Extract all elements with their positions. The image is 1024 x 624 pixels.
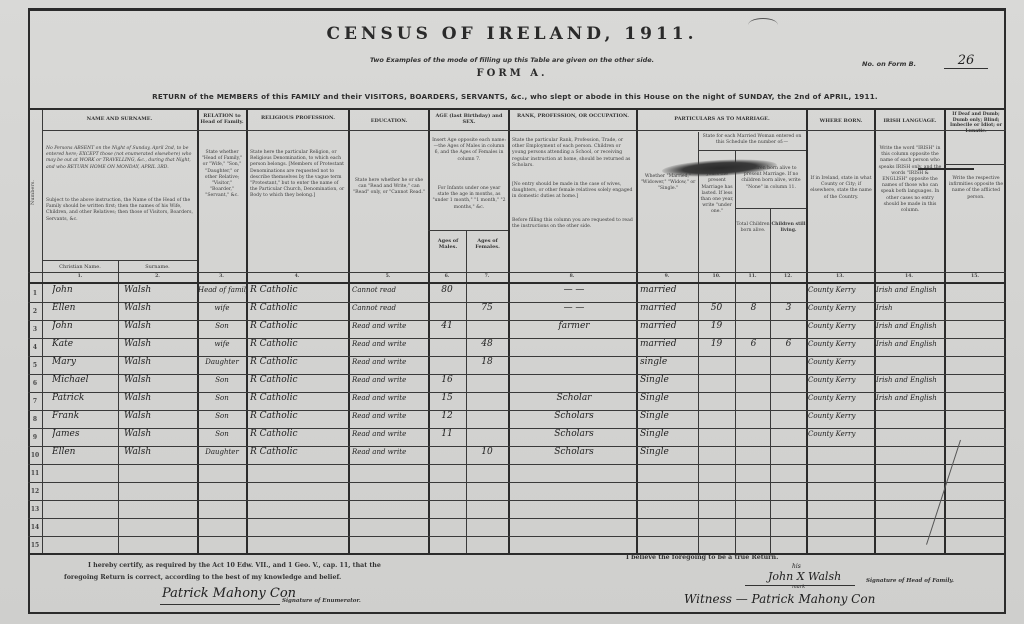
- where-born-cell: County Kerry: [808, 282, 874, 299]
- name-header: NAME AND SURNAME.: [42, 116, 197, 122]
- age-female-cell: [468, 408, 506, 425]
- where-born-instruction: If in Ireland, state in what County or C…: [810, 176, 872, 201]
- christian-name-cell: John: [52, 282, 118, 299]
- children-living-cell: [772, 426, 805, 443]
- christian-name-cell: James: [52, 426, 118, 443]
- surname-cell: Walsh: [124, 444, 196, 461]
- marital-status-cell: Single: [640, 372, 698, 389]
- years-married-cell: [700, 426, 733, 443]
- children-living-cell: [772, 354, 805, 371]
- row-number: 9: [28, 434, 42, 441]
- age-female-cell: 48: [468, 336, 506, 353]
- irish-language-cell: [876, 354, 944, 371]
- married-woman-instruction: State for each Married Woman entered on …: [700, 134, 804, 146]
- row-number: 7: [28, 398, 42, 405]
- irish-language-header: IRISH LANGUAGE.: [876, 118, 944, 124]
- infirmities-cell: [946, 282, 1004, 299]
- age-header: AGE (last Birthday) and SEX.: [430, 113, 508, 125]
- total-children-cell: [737, 354, 770, 371]
- where-born-cell: County Kerry: [808, 318, 874, 335]
- occupation-cell: [514, 372, 634, 389]
- head-of-family-signature: John X Walsh: [768, 570, 841, 583]
- relation-cell: Son: [198, 318, 246, 335]
- irish-language-cell: Irish and English: [876, 318, 944, 335]
- relation-cell: Son: [198, 426, 246, 443]
- age-female-cell: 18: [468, 354, 506, 371]
- row-number: 10: [28, 452, 42, 459]
- age-female-cell: 75: [468, 300, 506, 317]
- surname-cell: Walsh: [124, 408, 196, 425]
- education-cell: Read and write: [352, 390, 428, 407]
- surname-cell: Walsh: [124, 318, 196, 335]
- years-married-cell: [700, 282, 733, 299]
- row-number: 12: [28, 488, 42, 495]
- relation-cell: Son: [198, 372, 246, 389]
- enumerator-signature: Patrick Mahony Con: [162, 586, 296, 601]
- infirmities-instruction: Write the respective infirmities opposit…: [948, 176, 1004, 201]
- age-female-cell: [468, 372, 506, 389]
- infirmities-cell: [946, 354, 1004, 371]
- row-number: 3: [28, 326, 42, 333]
- education-header: EDUCATION.: [350, 118, 428, 124]
- age-female-cell: [468, 282, 506, 299]
- years-married-cell: [700, 372, 733, 389]
- row-number: 5: [28, 362, 42, 369]
- children-living-cell: 3: [772, 300, 805, 317]
- enumerator-certification: I hereby certify, as required by the Act…: [64, 560, 414, 584]
- where-born-cell: County Kerry: [808, 300, 874, 317]
- surname-cell: Walsh: [124, 336, 196, 353]
- occupation-instruction-1: State the particular Rank, Profession, T…: [512, 138, 634, 169]
- infirmities-cell: [946, 318, 1004, 335]
- occupation-cell: — —: [514, 282, 634, 299]
- row-number: 4: [28, 344, 42, 351]
- age-male-cell: 15: [430, 390, 464, 407]
- numbers-header: Numbers.: [30, 180, 40, 205]
- irish-language-cell: [876, 426, 944, 443]
- row-number: 15: [28, 542, 42, 549]
- education-cell: Cannot read: [352, 300, 428, 317]
- infirmities-header: If Deaf and Dumb; Dumb only; Blind; Imbe…: [946, 112, 1006, 134]
- relation-cell: Son: [198, 390, 246, 407]
- relation-cell: Head of family: [198, 282, 246, 299]
- age-male-cell: [430, 336, 464, 353]
- marital-status-cell: married: [640, 336, 698, 353]
- infirmities-cell: [946, 372, 1004, 389]
- years-married-cell: 19: [700, 318, 733, 335]
- age-female-cell: [468, 390, 506, 407]
- irish-language-cell: Irish: [876, 300, 944, 317]
- age-female-cell: [468, 318, 506, 335]
- relation-cell: Daughter: [198, 444, 246, 461]
- marital-status-cell: Single: [640, 426, 698, 443]
- row-number: 6: [28, 380, 42, 387]
- christian-name-cell: John: [52, 318, 118, 335]
- religion-cell: R Catholic: [250, 354, 346, 371]
- children-living-cell: [772, 318, 805, 335]
- religion-cell: R Catholic: [250, 336, 346, 353]
- census-page: CENSUS OF IRELAND, 1911. Two Examples of…: [0, 0, 1024, 624]
- education-cell: Read and write: [352, 426, 428, 443]
- age-male-cell: 12: [430, 408, 464, 425]
- surname-cell: Walsh: [124, 300, 196, 317]
- row-number: 2: [28, 308, 42, 315]
- head-of-family-caption: Signature of Head of Family.: [866, 578, 954, 584]
- children-living-cell: [772, 408, 805, 425]
- occupation-instruction-3: Before filling this column you are reque…: [512, 218, 634, 230]
- education-cell: Cannot read: [352, 282, 428, 299]
- surname-cell: Walsh: [124, 426, 196, 443]
- religion-cell: R Catholic: [250, 426, 346, 443]
- religion-cell: R Catholic: [250, 408, 346, 425]
- years-married-cell: 50: [700, 300, 733, 317]
- total-children-cell: [737, 426, 770, 443]
- children-living-cell: [772, 444, 805, 461]
- occupation-cell: — —: [514, 300, 634, 317]
- children-living-header: Children still living.: [771, 222, 806, 234]
- witness-signature: Witness — Patrick Mahony Con: [684, 592, 875, 606]
- age-female-cell: 10: [468, 444, 506, 461]
- surname-cell: Walsh: [124, 354, 196, 371]
- occupation-cell: Scholars: [514, 426, 634, 443]
- years-married-cell: [700, 390, 733, 407]
- education-instruction: State here whether he or she can "Read a…: [352, 178, 426, 197]
- relation-cell: Son: [198, 408, 246, 425]
- age-male-cell: [430, 300, 464, 317]
- christian-name-cell: Ellen: [52, 444, 118, 461]
- total-children-cell: [737, 372, 770, 389]
- occupation-instruction-2: [No entry should be made in the case of …: [512, 182, 634, 201]
- relation-cell: Daughter: [198, 354, 246, 371]
- education-cell: Read and write: [352, 354, 428, 371]
- religion-cell: R Catholic: [250, 300, 346, 317]
- relation-cell: wife: [198, 336, 246, 353]
- irish-language-cell: Irish and English: [876, 390, 944, 407]
- infirmities-cell: [946, 426, 1004, 443]
- infirmities-cell: [946, 390, 1004, 407]
- religion-cell: R Catholic: [250, 372, 346, 389]
- irish-language-cell: Irish and English: [876, 336, 944, 353]
- surname-header: Surname.: [118, 264, 197, 270]
- total-children-cell: [737, 444, 770, 461]
- christian-name-cell: Kate: [52, 336, 118, 353]
- children-living-cell: [772, 282, 805, 299]
- christian-name-cell: Mary: [52, 354, 118, 371]
- irish-language-cell: [876, 444, 944, 461]
- religion-cell: R Catholic: [250, 444, 346, 461]
- religion-header: RELIGIOUS PROFESSION.: [248, 115, 348, 121]
- total-children-cell: [737, 282, 770, 299]
- where-born-cell: County Kerry: [808, 372, 874, 389]
- age-male-cell: 11: [430, 426, 464, 443]
- education-cell: Read and write: [352, 372, 428, 389]
- christian-name-cell: Ellen: [52, 300, 118, 317]
- religion-instruction: State here the particular Religion, or R…: [250, 150, 346, 200]
- row-number: 11: [28, 470, 42, 477]
- occupation-cell: Scholars: [514, 444, 634, 461]
- age-male-cell: [430, 354, 464, 371]
- total-children-cell: [737, 318, 770, 335]
- christian-name-header: Christian Name.: [42, 264, 118, 270]
- religion-cell: R Catholic: [250, 318, 346, 335]
- relation-instruction: State whether "Head of Family," or "Wife…: [199, 150, 245, 200]
- total-children-cell: [737, 408, 770, 425]
- infirmities-cell: [946, 336, 1004, 353]
- ages-males-header: Ages of Males.: [430, 238, 466, 250]
- years-married-cell: [700, 408, 733, 425]
- row-number: 14: [28, 524, 42, 531]
- marital-status-cell: married: [640, 318, 698, 335]
- row-number: 13: [28, 506, 42, 513]
- marital-status-cell: married: [640, 282, 698, 299]
- infirmities-cell: [946, 408, 1004, 425]
- religion-cell: R Catholic: [250, 390, 346, 407]
- irish-language-instruction: Write the word "IRISH" in this column op…: [878, 146, 942, 214]
- marital-status-instruction: Whether "Married," "Widower," "Widow," o…: [640, 174, 696, 193]
- irish-language-cell: Irish and English: [876, 282, 944, 299]
- occupation-cell: farmer: [514, 318, 634, 335]
- age-instruction-2: For Infants under one year state the age…: [432, 186, 506, 211]
- education-cell: Read and write: [352, 336, 428, 353]
- relation-header: RELATION to Head of Family.: [198, 113, 246, 125]
- total-children-cell: 6: [737, 336, 770, 353]
- name-instruction-2: Subject to the above instruction, the Na…: [46, 198, 194, 223]
- children-living-cell: 6: [772, 336, 805, 353]
- marital-status-cell: Single: [640, 444, 698, 461]
- struck-out-entry: [918, 168, 974, 170]
- total-children-cell: [737, 390, 770, 407]
- where-born-cell: County Kerry: [808, 426, 874, 443]
- where-born-header: WHERE BORN.: [808, 118, 874, 124]
- marital-status-cell: married: [640, 300, 698, 317]
- irish-language-cell: [876, 408, 944, 425]
- relation-cell: wife: [198, 300, 246, 317]
- true-return-statement: I believe the foregoing to be a true Ret…: [626, 552, 778, 564]
- age-female-cell: [468, 426, 506, 443]
- surname-cell: Walsh: [124, 372, 196, 389]
- age-male-cell: 80: [430, 282, 464, 299]
- christian-name-cell: Michael: [52, 372, 118, 389]
- education-cell: Read and write: [352, 318, 428, 335]
- surname-cell: Walsh: [124, 390, 196, 407]
- row-number: 8: [28, 416, 42, 423]
- occupation-cell: Scholar: [514, 390, 634, 407]
- age-male-cell: 41: [430, 318, 464, 335]
- total-children-header: Total Children born alive.: [736, 222, 770, 234]
- marriage-header: PARTICULARS AS TO MARRIAGE.: [638, 116, 806, 122]
- age-instruction-1: Insert Age opposite each name:—the Ages …: [432, 138, 506, 163]
- marital-status-cell: Single: [640, 408, 698, 425]
- name-instruction-1: No Persons ABSENT on the Night of Sunday…: [46, 146, 194, 171]
- education-cell: Read and write: [352, 408, 428, 425]
- row-number: 1: [28, 290, 42, 297]
- religion-cell: R Catholic: [250, 282, 346, 299]
- where-born-cell: [808, 444, 874, 461]
- infirmities-cell: [946, 300, 1004, 317]
- surname-cell: Walsh: [124, 282, 196, 299]
- occupation-cell: [514, 336, 634, 353]
- head-mark-above: his: [792, 563, 801, 570]
- total-children-cell: 8: [737, 300, 770, 317]
- education-cell: Read and write: [352, 444, 428, 461]
- enumerator-signature-caption: Signature of Enumerator.: [282, 598, 361, 604]
- years-married-cell: [700, 354, 733, 371]
- years-married-cell: [700, 444, 733, 461]
- occupation-cell: Scholars: [514, 408, 634, 425]
- ages-females-header: Ages of Females.: [467, 238, 508, 250]
- irish-language-cell: Irish and English: [876, 372, 944, 389]
- christian-name-cell: Frank: [52, 408, 118, 425]
- children-living-cell: [772, 390, 805, 407]
- where-born-cell: County Kerry: [808, 408, 874, 425]
- years-married-cell: 19: [700, 336, 733, 353]
- christian-name-cell: Patrick: [52, 390, 118, 407]
- marital-status-cell: Single: [640, 390, 698, 407]
- where-born-cell: County Kerry: [808, 390, 874, 407]
- where-born-cell: County Kerry: [808, 354, 874, 371]
- occupation-cell: [514, 354, 634, 371]
- age-male-cell: 16: [430, 372, 464, 389]
- age-male-cell: [430, 444, 464, 461]
- occupation-header: RANK, PROFESSION, OR OCCUPATION.: [510, 113, 636, 119]
- where-born-cell: County Kerry: [808, 336, 874, 353]
- marital-status-cell: single: [640, 354, 698, 371]
- children-living-cell: [772, 372, 805, 389]
